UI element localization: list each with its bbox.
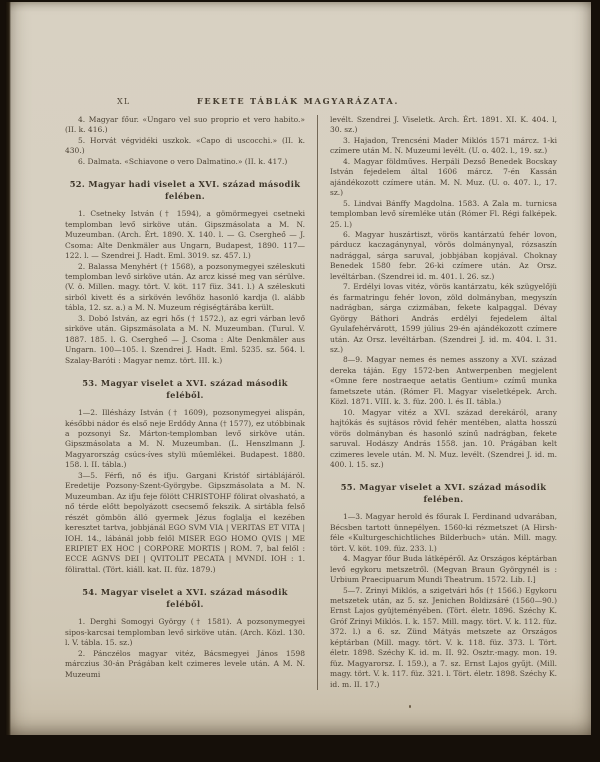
paragraph: 8—9. Magyar nemes és nemes asszony a XVI… — [330, 355, 557, 407]
paragraph: 1. Csetneky István († 1594), a gömörmegy… — [65, 209, 305, 261]
paragraph: 5—7. Zrinyi Miklós, a szigetvári hős († … — [330, 586, 557, 691]
paragraph: 3. Hajadon, Trencséni Mader Miklós 1571 … — [330, 136, 557, 157]
paragraph: 4. Magyar földműves. Herpáli Dezső Bened… — [330, 157, 557, 199]
section-heading-55: 55. Magyar viselet a XVI. század második… — [334, 482, 553, 505]
running-title: FEKETE TÁBLÁK MAGYARÁZATA. — [5, 96, 591, 106]
paragraph: 1. Derghi Somogyi György († 1581). A poz… — [65, 617, 305, 648]
list-item: 5. Horvát végvidéki uszkok. «Capo di usc… — [65, 136, 305, 157]
left-column: 4. Magyar főur. «Ungaro vel suo proprio … — [65, 115, 305, 680]
paragraph: 7. Erdélyi lovas vitéz, vörös kantárzatu… — [330, 282, 557, 355]
list-item: 4. Magyar főur. «Ungaro vel suo proprio … — [65, 115, 305, 136]
scanned-book-spread: { "scan": { "page_number": "XL", "runnin… — [0, 0, 600, 762]
paragraph: 3—5. Férfi, nő és ifju. Gargani Kristóf … — [65, 471, 305, 576]
section-heading-54: 54. Magyar viselet a XVI. század második… — [69, 587, 301, 610]
section-heading-52: 52. Magyar hadi viselet a XVI. század má… — [69, 179, 301, 202]
page-gutter-shadow — [5, 2, 11, 735]
paragraph: 3. Dobó István, az egri hős († 1572.), a… — [65, 314, 305, 366]
section-heading-53: 53. Magyar viselet a XVI. század második… — [69, 378, 301, 401]
paragraph: 4. Magyar főur Buda látképéről. Az Orszá… — [330, 554, 557, 585]
paragraph: 1—3. Magyar herold és főurak I. Ferdinan… — [330, 512, 557, 554]
continuation-paragraph: levélt. Szendrei J. Viseletk. Arch. Ért.… — [330, 115, 557, 136]
paragraph: 2. Balassa Menyhért († 1568), a pozsonym… — [65, 262, 305, 314]
list-item: 6. Dalmata. «Schiavone o vero Dalmatino.… — [65, 157, 305, 167]
paragraph: 5. Lindvai Bánffy Magdolna. 1583. A Zala… — [330, 199, 557, 230]
ink-speck — [409, 705, 411, 708]
paragraph: 2. Pánczélos magyar vitéz, Bácsmegyei Já… — [65, 649, 305, 680]
book-page: XL FEKETE TÁBLÁK MAGYARÁZATA. 4. Magyar … — [5, 2, 591, 735]
paragraph: 6. Magyar huszártiszt, vörös kantárzatú … — [330, 230, 557, 282]
paragraph: 1—2. Illésházy István († 1609), pozsonym… — [65, 408, 305, 471]
right-column: levélt. Szendrei J. Viseletk. Arch. Ért.… — [317, 115, 557, 690]
text-columns: 4. Magyar főur. «Ungaro vel suo proprio … — [65, 115, 557, 690]
paragraph: 10. Magyar vitéz a XVI. század derekáról… — [330, 408, 557, 471]
